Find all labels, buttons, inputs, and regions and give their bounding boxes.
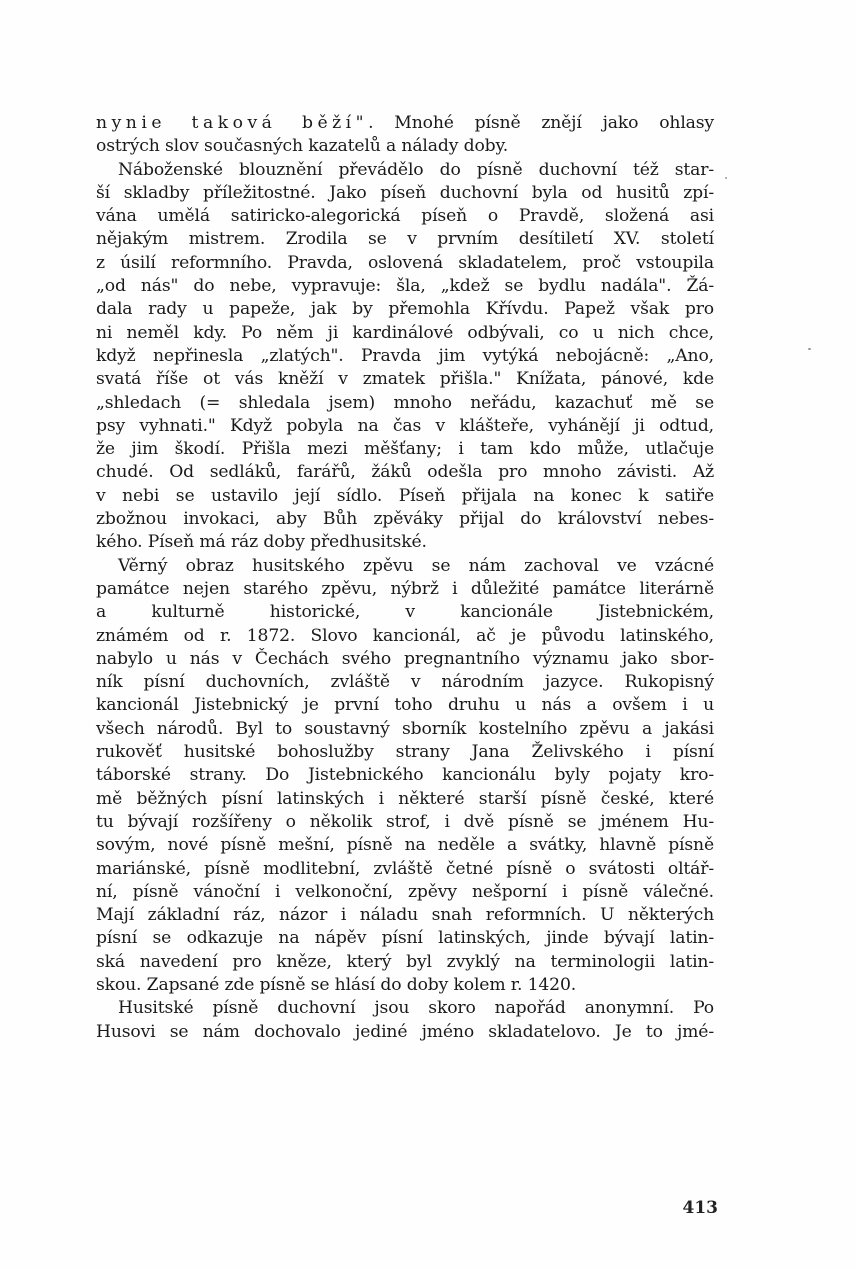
text-line: nynie taková běží". Mnohé písně znějí ja… <box>96 112 714 135</box>
scan-speck <box>725 177 727 179</box>
text-line: „shledach (= shledala jsem) mnoho neřádu… <box>96 392 714 415</box>
text-line: sovým, nové písně mešní, písně na neděle… <box>96 834 714 857</box>
text-line: nabylo u nás v Čechách svého pregnantníh… <box>96 648 714 671</box>
text-line: Mají základní ráz, názor i náladu snah r… <box>96 904 714 927</box>
text-line: nějakým mistrem. Zrodila se v prvním des… <box>96 228 714 251</box>
text-line: ní, písně vánoční i velkonoční, zpěvy ne… <box>96 881 714 904</box>
text-line: „od nás" do nebe, vypravuje: šla, „kdež … <box>96 275 714 298</box>
text-line: kancionál Jistebnický je první toho druh… <box>96 694 714 717</box>
text-line: chudé. Od sedláků, farářů, žáků odešla p… <box>96 461 714 484</box>
text-line: mě běžných písní latinských i některé st… <box>96 788 714 811</box>
text-line: Věrný obraz husitského zpěvu se nám zach… <box>96 555 714 578</box>
text-line: mariánské, písně modlitební, zvláště čet… <box>96 858 714 881</box>
text-line: ší skladby příležitostné. Jako píseň duc… <box>96 182 714 205</box>
scanned-book-page: nynie taková běží". Mnohé písně znějí ja… <box>0 0 856 1270</box>
text-line: ostrých slov současných kazatelů a nálad… <box>96 135 714 158</box>
text-line: známém od r. 1872. Slovo kancionál, ač j… <box>96 625 714 648</box>
text-line: zbožnou invokaci, aby Bůh zpěváky přijal… <box>96 508 714 531</box>
text-line: skou. Zapsané zde písně se hlásí do doby… <box>96 974 714 997</box>
text-line: z úsilí reformního. Pravda, oslovená skl… <box>96 252 714 275</box>
text-line: rukověť husitské bohoslužby strany Jana … <box>96 741 714 764</box>
text-line: všech národů. Byl to soustavný sborník k… <box>96 718 714 741</box>
text-line: písní se odkazuje na nápěv písní latinsk… <box>96 927 714 950</box>
text-line: psy vyhnati." Když pobyla na čas v klášt… <box>96 415 714 438</box>
text-line: a kulturně historické, v kancionále Jist… <box>96 601 714 624</box>
text-line: Náboženské blouznění převádělo do písně … <box>96 159 714 182</box>
text-line: Husovi se nám dochovalo jediné jméno skl… <box>96 1021 714 1044</box>
emphasized-phrase: nynie taková běží" <box>96 113 368 133</box>
text-line: ni neměl kdy. Po něm ji kardinálové odbý… <box>96 322 714 345</box>
text-line: v nebi se ustavilo její sídlo. Píseň při… <box>96 485 714 508</box>
text-line: kého. Píseň má ráz doby předhusitské. <box>96 531 714 554</box>
text-line: ník písní duchovních, zvláště v národním… <box>96 671 714 694</box>
text-line: dala rady u papeže, jak by přemohla Křív… <box>96 298 714 321</box>
scan-speck <box>808 348 811 350</box>
text-line: památce nejen starého zpěvu, nýbrž i důl… <box>96 578 714 601</box>
text-line: Husitské písně duchovní jsou skoro napoř… <box>96 997 714 1020</box>
text-line: táborské strany. Do Jistebnického kancio… <box>96 764 714 787</box>
text-line: ská navedení pro kněze, který byl zvyklý… <box>96 951 714 974</box>
page-number: 413 <box>678 1198 718 1218</box>
text-line: tu bývají rozšířeny o několik strof, i d… <box>96 811 714 834</box>
text-line: svatá říše ot vás kněží v zmatek přišla.… <box>96 368 714 391</box>
body-text: nynie taková běží". Mnohé písně znějí ja… <box>96 112 714 1044</box>
text-line: když nepřinesla „zlatých". Pravda jim vy… <box>96 345 714 368</box>
text-line: že jim škodí. Přišla mezi měšťany; i tam… <box>96 438 714 461</box>
text-line: vána umělá satiricko-alegorická píseň o … <box>96 205 714 228</box>
